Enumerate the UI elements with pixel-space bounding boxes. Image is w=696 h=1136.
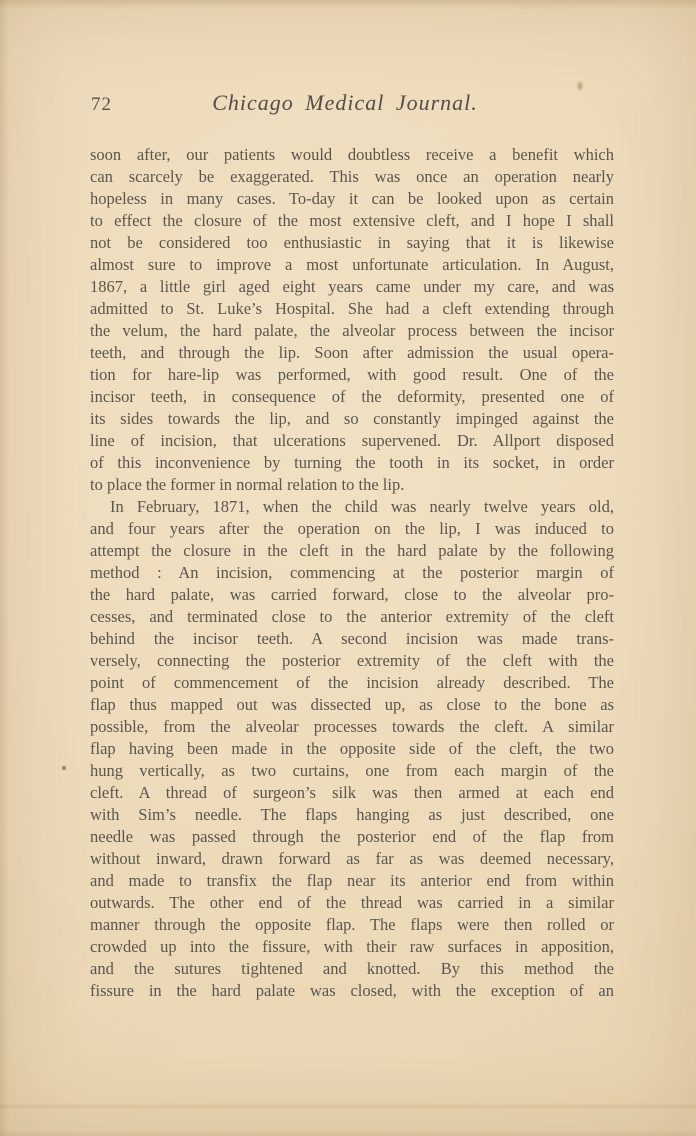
journal-title: Chicago Medical Journal. xyxy=(0,90,690,116)
text-line: outwards. The other end of the thread wa… xyxy=(90,892,614,914)
scanned-page: 72 Chicago Medical Journal. soon after, … xyxy=(0,0,696,1136)
text-line: flap thus mapped out was dissected up, a… xyxy=(90,694,614,716)
text-line: teeth, and through the lip. Soon after a… xyxy=(90,342,614,364)
text-line: crowded up into the fissure, with their … xyxy=(90,936,614,958)
text-line: versely, connecting the posterior extrem… xyxy=(90,650,614,672)
text-line: to place the former in normal relation t… xyxy=(90,474,614,496)
text-line: the velum, the hard palate, the alveolar… xyxy=(90,320,614,342)
paragraph-2: In February, 1871, when the child was ne… xyxy=(90,496,614,1002)
text-line: incisor teeth, in consequence of the def… xyxy=(90,386,614,408)
page-edge-shadow-bottom xyxy=(0,1130,696,1136)
text-line: and four years after the operation on th… xyxy=(90,518,614,540)
text-line: method : An incision, commencing at the … xyxy=(90,562,614,584)
text-line: with Sim’s needle. The flaps hanging as … xyxy=(90,804,614,826)
paper-speck xyxy=(62,766,66,770)
text-line: In February, 1871, when the child was ne… xyxy=(90,496,614,518)
text-line: can scarcely be exaggerated. This was on… xyxy=(90,166,614,188)
text-line: of this inconvenience by turning the too… xyxy=(90,452,614,474)
text-line: point of commencement of the incision al… xyxy=(90,672,614,694)
paper-crease-shadow xyxy=(0,1103,696,1110)
paragraph-1: soon after, our patients would doubtless… xyxy=(90,144,614,496)
text-line: cesses, and terminated close to the ante… xyxy=(90,606,614,628)
text-line: behind the incisor teeth. A second incis… xyxy=(90,628,614,650)
text-line: and the sutures tightened and knotted. B… xyxy=(90,958,614,980)
text-line: without inward, drawn forward as far as … xyxy=(90,848,614,870)
text-line: possible, from the alveolar processes to… xyxy=(90,716,614,738)
page-edge-shadow-top xyxy=(0,0,696,9)
text-line: its sides towards the lip, and so consta… xyxy=(90,408,614,430)
text-line: fissure in the hard palate was closed, w… xyxy=(90,980,614,1002)
text-line: tion for hare-lip was performed, with go… xyxy=(90,364,614,386)
text-line: cleft. A thread of surgeon’s silk was th… xyxy=(90,782,614,804)
text-line: line of incision, that ulcerations super… xyxy=(90,430,614,452)
text-line: and made to transfix the flap near its a… xyxy=(90,870,614,892)
page-edge-shadow-left xyxy=(0,0,9,1136)
text-line: soon after, our patients would doubtless… xyxy=(90,144,614,166)
text-line: almost sure to improve a most unfortunat… xyxy=(90,254,614,276)
text-line: to effect the closure of the most extens… xyxy=(90,210,614,232)
page-body: soon after, our patients would doubtless… xyxy=(90,144,614,1002)
text-line: needle was passed through the posterior … xyxy=(90,826,614,848)
text-line: hopeless in many cases. To-day it can be… xyxy=(90,188,614,210)
text-line: not be considered too enthusiastic in sa… xyxy=(90,232,614,254)
text-line: flap having been made in the opposite si… xyxy=(90,738,614,760)
text-line: admitted to St. Luke’s Hospital. She had… xyxy=(90,298,614,320)
text-line: the hard palate, was carried forward, cl… xyxy=(90,584,614,606)
text-line: manner through the opposite flap. The fl… xyxy=(90,914,614,936)
text-line: hung vertically, as two curtains, one fr… xyxy=(90,760,614,782)
text-line: attempt the closure in the cleft in the … xyxy=(90,540,614,562)
text-line: 1867, a little girl aged eight years cam… xyxy=(90,276,614,298)
